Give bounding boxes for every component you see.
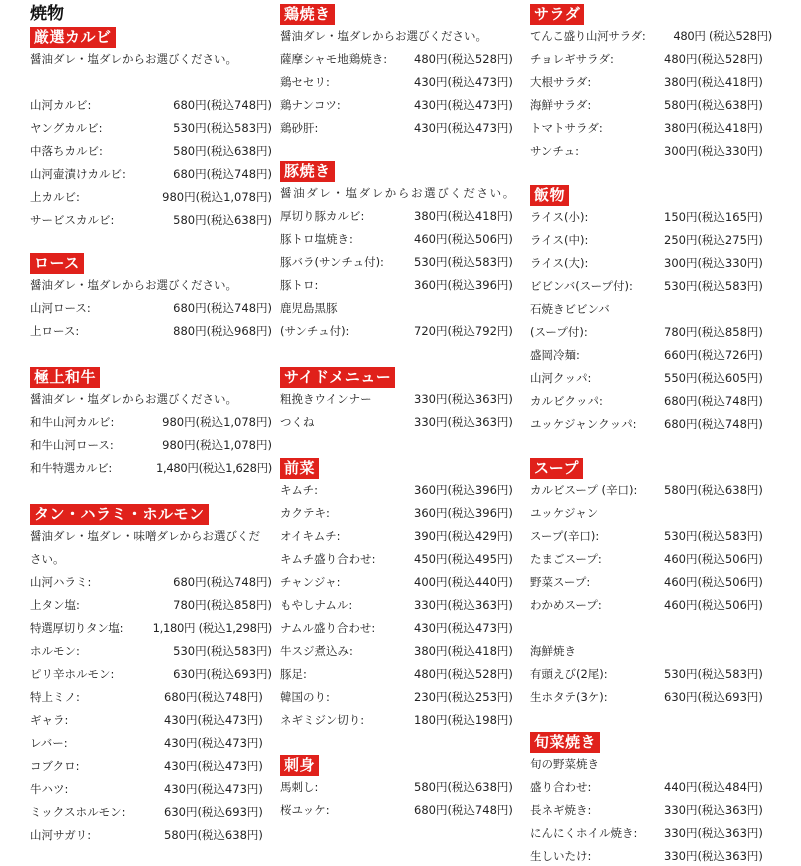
menu-item: サンチュ:300円(税込330円): [530, 140, 772, 163]
menu-item: 山河ロース:680円(税込748円): [30, 297, 272, 320]
menu-item: ナムル盛り合わせ:430円(税込473円): [280, 617, 520, 640]
menu-item: 上タン塩:780円(税込858円): [30, 594, 272, 617]
menu-item: もやしナムル:330円(税込363円): [280, 594, 520, 617]
menu-item: 豚バラ(サンチュ付):530円(税込583円): [280, 251, 520, 274]
menu-item: ピリ辛ホルモン:630円(税込693円): [30, 663, 272, 686]
menu-item: 上カルビ:980円(税込1,078円): [30, 186, 272, 209]
menu-item: 山河カルビ:680円(税込748円): [30, 94, 272, 117]
menu-item: キムチ盛り合わせ:450円(税込495円): [280, 548, 520, 571]
subsection-title-kaisen-yaki: 海鮮焼き: [530, 640, 772, 663]
section-rosu: ロース 醤油ダレ・塩ダレからお選びください。 山河ロース:680円(税込748円…: [30, 253, 272, 343]
menu-item: 鹿児島黒豚: [280, 297, 520, 320]
section-side-menu: サイドメニュー 粗挽きウインナー330円(税込363円) つくね330円(税込3…: [280, 367, 520, 434]
menu-item: 山河ハラミ:680円(税込748円): [30, 571, 272, 594]
menu-item: ユッケジャンクッパ:680円(税込748円): [530, 413, 772, 436]
menu-item: 豚トロ塩焼き:460円(税込506円): [280, 228, 520, 251]
section-salad: サラダ てんこ盛り山河サラダ:480円 (税込528円) チョレギサラダ:480…: [530, 4, 772, 163]
menu-item: 桜ユッケ:680円(税込748円): [280, 799, 520, 822]
menu-item: 山河サガリ:580円(税込638円): [30, 824, 272, 847]
menu-item: 大根サラダ:380円(税込418円): [530, 71, 772, 94]
menu-item: (スープ付):780円(税込858円): [530, 321, 772, 344]
menu-item: 盛岡冷麺:660円(税込726円): [530, 344, 772, 367]
menu-item: 長ネギ焼き:330円(税込363円): [530, 799, 772, 822]
section-wagyu: 極上和牛 醤油ダレ・塩ダレからお選びください。 和牛山河カルビ:980円(税込1…: [30, 367, 272, 480]
menu-item: 韓国のり:230円(税込253円): [280, 686, 520, 709]
menu-item: 石焼きビビンバ: [530, 298, 772, 321]
section-header: サイドメニュー: [280, 367, 395, 388]
section-tan-harami-horumon: タン・ハラミ・ホルモン 醤油ダレ・塩ダレ・味噌ダレからお選びくだ さい。 山河ハ…: [30, 504, 272, 847]
menu-item: 馬刺し:580円(税込638円): [280, 776, 520, 799]
menu-item: レバー:430円(税込473円): [30, 732, 272, 755]
menu-item: 粗挽きウインナー330円(税込363円): [280, 388, 520, 411]
menu-item: 特上ミノ:680円(税込748円): [30, 686, 272, 709]
menu-item: チャンジャ:400円(税込440円): [280, 571, 520, 594]
menu-item: ライス(大):300円(税込330円): [530, 252, 772, 275]
menu-item: オイキムチ:390円(税込429円): [280, 525, 520, 548]
section-note: 醤油ダレ・塩ダレからお選びください。: [30, 274, 272, 297]
menu-item: ミックスホルモン:630円(税込693円): [30, 801, 272, 824]
menu-item: 豚トロ:360円(税込396円): [280, 274, 520, 297]
menu-item: 豚足:480円(税込528円): [280, 663, 520, 686]
menu-item: にんにくホイル焼き:330円(税込363円): [530, 822, 772, 845]
section-header: 前菜: [280, 458, 319, 479]
section-note: 醤油ダレ・塩ダレからお選びください。: [280, 182, 520, 205]
section-header: 厳選カルビ: [30, 27, 116, 48]
menu-item: ユッケジャン: [530, 502, 772, 525]
section-header: 豚焼き: [280, 161, 335, 182]
section-header: 極上和牛: [30, 367, 100, 388]
menu-item: 薩摩シャモ地鶏焼き:480円(税込528円): [280, 48, 520, 71]
menu-item: 上ロース:880円(税込968円): [30, 320, 272, 343]
menu-item: つくね330円(税込363円): [280, 411, 520, 434]
section-karubi: 厳選カルビ 醤油ダレ・塩ダレからお選びください。 山河カルビ:680円(税込74…: [30, 27, 272, 232]
menu-item: ライス(中):250円(税込275円): [530, 229, 772, 252]
section-header: スープ: [530, 458, 583, 479]
section-note: 旬の野菜焼き: [530, 753, 772, 776]
section-zensai: 前菜 キムチ:360円(税込396円) カクテキ:360円(税込396円) オイ…: [280, 458, 520, 732]
section-header: 旬菜焼き: [530, 732, 600, 753]
section-note: 醤油ダレ・塩ダレからお選びください。: [30, 388, 272, 411]
menu-item: 盛り合わせ:440円(税込484円): [530, 776, 772, 799]
menu-item: コブクロ:430円(税込473円): [30, 755, 272, 778]
menu-item: 和牛山河カルビ:980円(税込1,078円): [30, 411, 272, 434]
section-note: 醤油ダレ・塩ダレからお選びください。: [280, 25, 520, 48]
section-note: 醤油ダレ・塩ダレからお選びください。: [30, 48, 272, 71]
menu-item: 山河クッパ:550円(税込605円): [530, 367, 772, 390]
section-sashimi: 刺身 馬刺し:580円(税込638円) 桜ユッケ:680円(税込748円): [280, 755, 520, 822]
menu-item: 特選厚切りタン塩:1,180円 (税込1,298円): [30, 617, 272, 640]
menu-item: わかめスープ:460円(税込506円): [530, 594, 772, 617]
section-header: 刺身: [280, 755, 319, 776]
menu-item: 生ホタテ(3ケ):630円(税込693円): [530, 686, 772, 709]
menu-item: カクテキ:360円(税込396円): [280, 502, 520, 525]
menu-item: ヤングカルビ:530円(税込583円): [30, 117, 272, 140]
menu-item: 厚切り豚カルビ:380円(税込418円): [280, 205, 520, 228]
menu-item: ホルモン:530円(税込583円): [30, 640, 272, 663]
menu-item: サービスカルビ:580円(税込638円): [30, 209, 272, 232]
section-shunsai-yaki: 旬菜焼き 旬の野菜焼き 盛り合わせ:440円(税込484円) 長ネギ焼き:330…: [530, 732, 772, 866]
menu-item: ビビンバ(スープ付):530円(税込583円): [530, 275, 772, 298]
section-header: タン・ハラミ・ホルモン: [30, 504, 209, 525]
section-meshimono: 飯物 ライス(小):150円(税込165円) ライス(中):250円(税込275…: [530, 185, 772, 436]
section-note: さい。: [30, 548, 272, 571]
menu-item: 牛ハツ:430円(税込473円): [30, 778, 272, 801]
menu-item: チョレギサラダ:480円(税込528円): [530, 48, 772, 71]
menu-item: 鶏セセリ:430円(税込473円): [280, 71, 520, 94]
section-toriyaki: 鶏焼き 醤油ダレ・塩ダレからお選びください。 薩摩シャモ地鶏焼き:480円(税込…: [280, 4, 520, 140]
section-header: 鶏焼き: [280, 4, 335, 25]
menu-item: 有頭えび(2尾):530円(税込583円): [530, 663, 772, 686]
page-title: 焼物: [30, 4, 64, 24]
menu-item: ギャラ:430円(税込473円): [30, 709, 272, 732]
menu-item: トマトサラダ:380円(税込418円): [530, 117, 772, 140]
menu-item: 海鮮サラダ:580円(税込638円): [530, 94, 772, 117]
section-note: 醤油ダレ・塩ダレ・味噌ダレからお選びくだ: [30, 525, 272, 548]
menu-item: ライス(小):150円(税込165円): [530, 206, 772, 229]
menu-item: 野菜スープ:460円(税込506円): [530, 571, 772, 594]
menu-item: スープ(辛口):530円(税込583円): [530, 525, 772, 548]
section-soup: スープ カルビスープ (辛口):580円(税込638円) ユッケジャン スープ(…: [530, 458, 772, 709]
menu-item: 和牛山河ロース:980円(税込1,078円): [30, 434, 272, 457]
menu-item: (サンチュ付):720円(税込792円): [280, 320, 520, 343]
menu-item: 山河壷漬けカルビ:680円(税込748円): [30, 163, 272, 186]
section-header: サラダ: [530, 4, 584, 25]
menu-item: 鶏ナンコツ:430円(税込473円): [280, 94, 520, 117]
menu-item: 鶏砂肝:430円(税込473円): [280, 117, 520, 140]
menu-item: カルビスープ (辛口):580円(税込638円): [530, 479, 772, 502]
menu-item: キムチ:360円(税込396円): [280, 479, 520, 502]
menu-item: 生しいたけ:330円(税込363円): [530, 845, 772, 866]
menu-item: ネギミジン切り:180円(税込198円): [280, 709, 520, 732]
section-header: 飯物: [530, 185, 569, 206]
section-butayaki: 豚焼き 醤油ダレ・塩ダレからお選びください。 厚切り豚カルビ:380円(税込41…: [280, 161, 520, 343]
menu-item: 牛スジ煮込み:380円(税込418円): [280, 640, 520, 663]
menu-item: 和牛特選カルビ:1,480円(税込1,628円): [30, 457, 272, 480]
section-header: ロース: [30, 253, 84, 274]
menu-item: カルビクッパ:680円(税込748円): [530, 390, 772, 413]
menu-item: 中落ちカルビ:580円(税込638円): [30, 140, 272, 163]
menu-item: たまごスープ:460円(税込506円): [530, 548, 772, 571]
menu-item: てんこ盛り山河サラダ:480円 (税込528円): [530, 25, 772, 48]
